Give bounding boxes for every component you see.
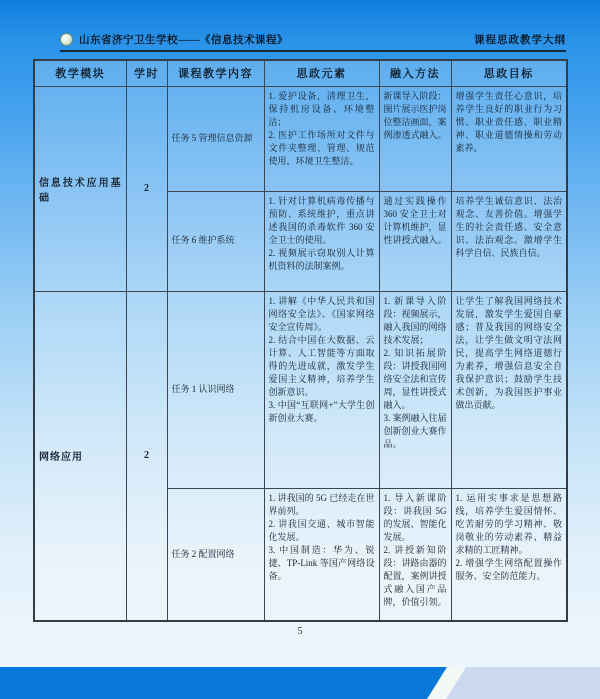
integration-method: 新课导入阶段：图片展示医护岗位整洁画面，案例渗透式融入。 xyxy=(379,86,451,191)
ideology-elements: 1. 爱护设备，清理卫生，保持机房设备、环境整洁； 2. 医护工作场所对文件与文… xyxy=(264,86,379,191)
col-header-elements: 思政元素 xyxy=(264,60,379,86)
footer-band xyxy=(0,667,600,699)
col-header-module: 教学模块 xyxy=(34,60,126,86)
task-name: 任务 5 管理信息资源 xyxy=(167,86,264,191)
table-row: 网络应用 2 任务 1 认识网络 1. 讲解《中华人民共和国网络安全法》、《国家… xyxy=(34,291,567,488)
ideology-goal: 培养学生诚信意识、法治观念、友善价值。增强学生的社会责任感、安全意识、法治观念。… xyxy=(451,191,567,291)
document-page: 山东省济宁卫生学校——《信息技术课程》 课程思政教学大纲 教学模块 学时 课程教… xyxy=(0,0,600,699)
ideology-goal: 让学生了解我国网络技术发展，激发学生爱国自豪感；普及我国的网络安全法，让学生做文… xyxy=(451,291,567,488)
ideology-goal: 1. 运用实事求是思想路线，培养学生爱国情怀、吃苦耐劳的学习精神、敬岗敬业的劳动… xyxy=(451,488,567,621)
doc-title: 课程思政教学大纲 xyxy=(474,32,566,47)
task-name: 任务 1 认识网络 xyxy=(167,291,264,488)
ideology-goal: 增强学生责任心意识，培养学生良好的职业行为习惯、职业责任感、职业精神、职业道德情… xyxy=(451,86,567,191)
integration-method: 1. 导入新课阶段：讲我国 5G 的发展、智能化发展。 2. 讲授新知阶段：讲路… xyxy=(379,488,451,621)
col-header-hours: 学时 xyxy=(126,60,167,86)
table-row: 信息技术应用基础 2 任务 5 管理信息资源 1. 爱护设备，清理卫生，保持机房… xyxy=(34,86,567,191)
ideology-elements: 1. 讲解《中华人民共和国网络安全法》、《国家网络安全宣传周》。 2. 结合中国… xyxy=(264,291,379,488)
school-course-title: 山东省济宁卫生学校——《信息技术课程》 xyxy=(79,32,288,47)
header-left: 山东省济宁卫生学校——《信息技术课程》 xyxy=(60,32,288,47)
module-name-network: 网络应用 xyxy=(34,291,126,621)
ideology-elements: 1. 针对计算机病毒传播与预防、系统维护，重点讲述我国的杀毒软件 360 安全卫… xyxy=(264,191,379,291)
page-number: 5 xyxy=(290,626,310,637)
document-header: 山东省济宁卫生学校——《信息技术课程》 课程思政教学大纲 xyxy=(60,30,566,52)
syllabus-table: 教学模块 学时 课程教学内容 思政元素 融入方法 思政目标 信息技术应用基础 2… xyxy=(33,59,568,622)
module-name-basics: 信息技术应用基础 xyxy=(34,86,126,291)
ideology-elements: 1. 讲我国的 5G 已经走在世界前列。 2. 讲我国交通、城市智能化发展。 3… xyxy=(264,488,379,621)
module-hours-network: 2 xyxy=(126,291,167,621)
integration-method: 1. 新课导入阶段：视频展示，融入我国的网络技术发展； 2. 知识拓展阶段：讲授… xyxy=(379,291,451,488)
col-header-method: 融入方法 xyxy=(379,60,451,86)
table-header-row: 教学模块 学时 课程教学内容 思政元素 融入方法 思政目标 xyxy=(34,60,567,86)
module-hours-basics: 2 xyxy=(126,86,167,291)
col-header-goal: 思政目标 xyxy=(451,60,567,86)
task-name: 任务 6 维护系统 xyxy=(167,191,264,291)
task-name: 任务 2 配置网络 xyxy=(167,488,264,621)
school-logo-icon xyxy=(60,33,73,46)
col-header-content: 课程教学内容 xyxy=(167,60,264,86)
integration-method: 通过实践操作 360 安全卫士对计算机维护，显性讲授式融入。 xyxy=(379,191,451,291)
